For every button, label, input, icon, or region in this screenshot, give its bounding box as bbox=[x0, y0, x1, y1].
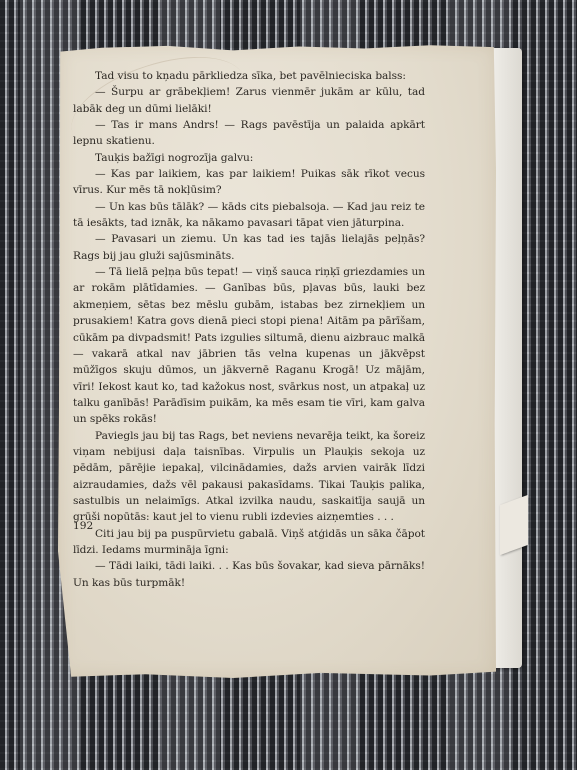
paragraph: — Kas par laikiem, kas par laikiem! Puik… bbox=[73, 166, 425, 199]
paragraph: Tad visu to kņadu pārkliedza sīka, bet p… bbox=[73, 68, 425, 84]
page-text: Tad visu to kņadu pārkliedza sīka, bet p… bbox=[73, 68, 425, 591]
page-number: 192 bbox=[73, 520, 93, 532]
paragraph: — Tā lielā peļņa būs tepat! — viņš sauca… bbox=[73, 264, 425, 427]
paragraph: Tauķis bažīgi nogrozīja galvu: bbox=[73, 150, 425, 166]
paragraph: Citi jau bij pa puspūrvietu gabalā. Viņš… bbox=[73, 526, 425, 559]
paragraph: — Pavasari un ziemu. Un kas tad ies tajā… bbox=[73, 231, 425, 264]
paragraph: Paviegls jau bij tas Rags, bet neviens n… bbox=[73, 428, 425, 526]
paragraph: — Tādi laiki, tādi laiki. . . Kas būs šo… bbox=[73, 558, 425, 591]
torn-paper-flap bbox=[500, 495, 528, 555]
paragraph: — Tas ir mans Andrs! — Rags pavēstīja un… bbox=[73, 117, 425, 150]
paragraph: — Šurpu ar grābekļiem! Zarus vienmēr juk… bbox=[73, 84, 425, 117]
paragraph: — Un kas būs tālāk? — kāds cits piebalso… bbox=[73, 199, 425, 232]
